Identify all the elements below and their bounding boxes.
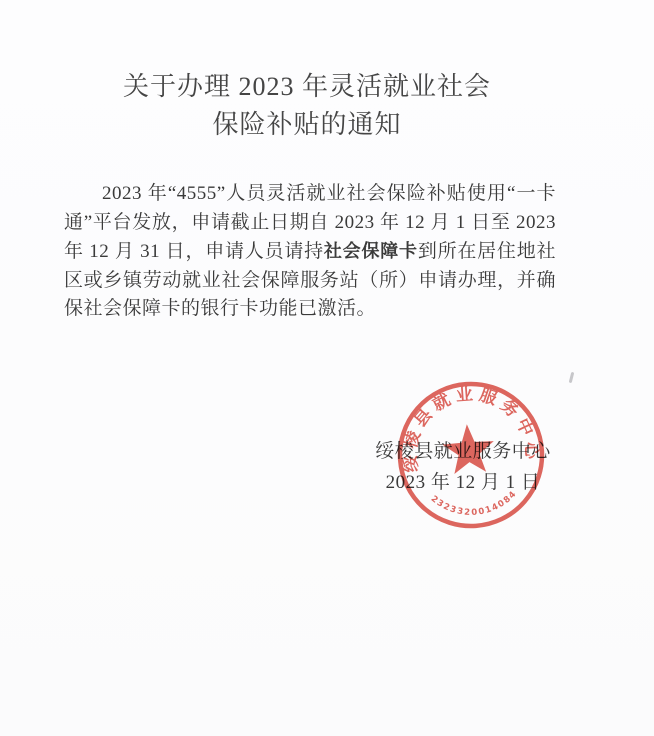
scan-artifact-mark bbox=[569, 372, 575, 383]
official-seal-stamp: 绥棱县就业服务中心 2323320014084 bbox=[386, 370, 557, 541]
document-title: 关于办理 2023 年灵活就业社会 保险补贴的通知 bbox=[0, 68, 614, 144]
star-icon bbox=[441, 422, 496, 474]
title-line-2: 保险补贴的通知 bbox=[0, 106, 614, 144]
title-line-1: 关于办理 2023 年灵活就业社会 bbox=[0, 68, 614, 106]
body-bold-term: 社会保障卡 bbox=[324, 241, 418, 261]
body-paragraph: 2023 年“4555”人员灵活就业社会保险补贴使用“一卡通”平台发放，申请截止… bbox=[64, 180, 556, 324]
document-page: 关于办理 2023 年灵活就业社会 保险补贴的通知 2023 年“4555”人员… bbox=[0, 0, 654, 736]
